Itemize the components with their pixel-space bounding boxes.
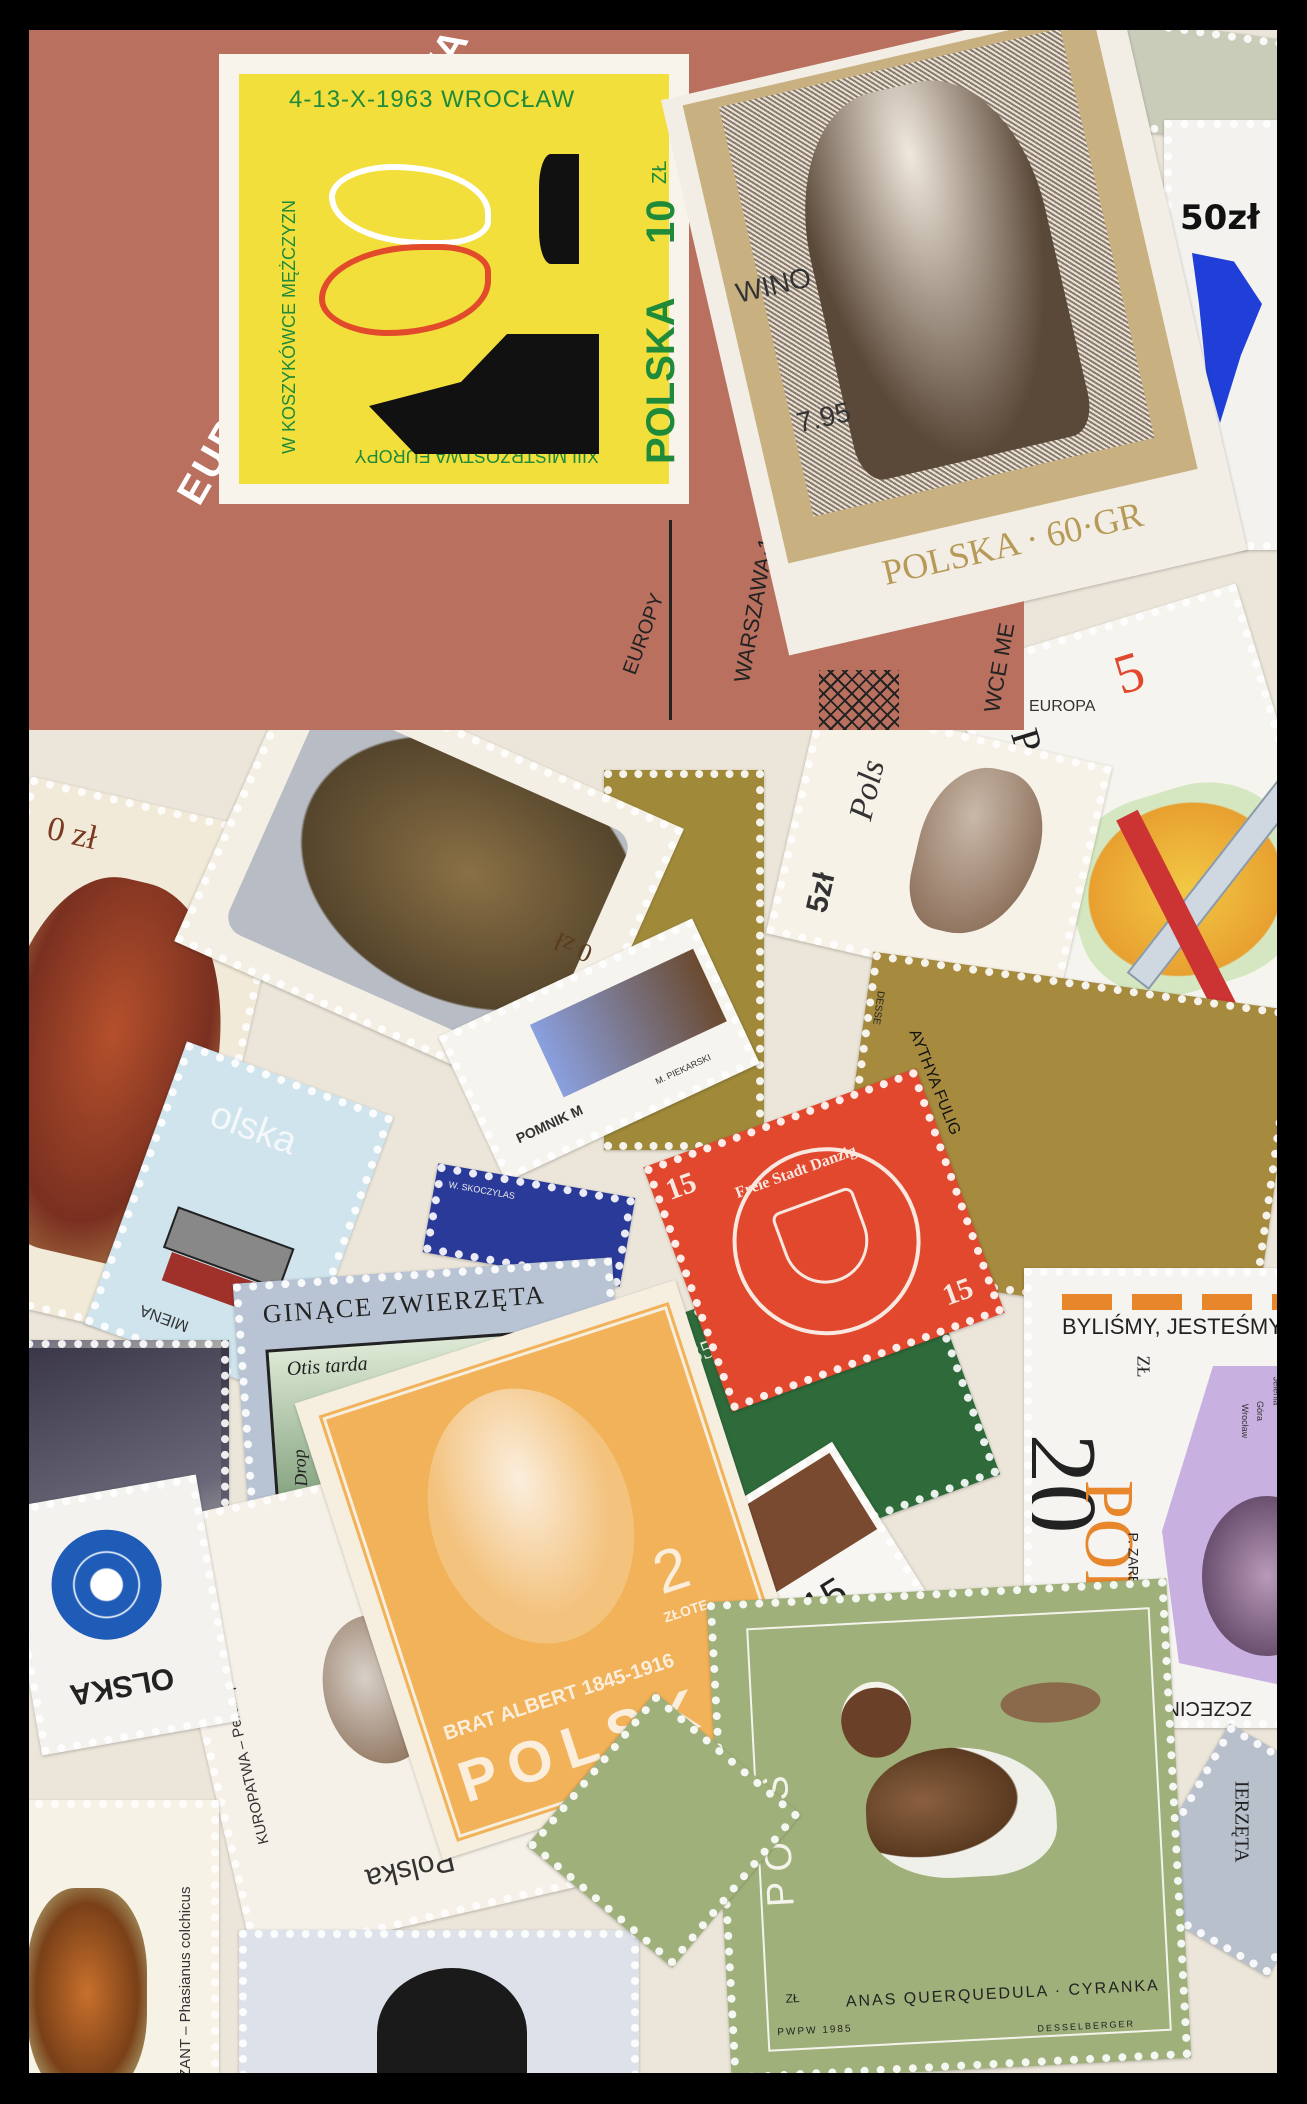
bird-5zl-country: Pols — [842, 756, 893, 823]
basket-net-icon — [819, 670, 899, 730]
otis-header: GINĄCE ZWIERZĘTA — [262, 1280, 547, 1330]
europa-fragment: EUROPA — [1029, 698, 1095, 716]
un-country: OLSKA — [67, 1660, 176, 1712]
zaremba-stripes — [1062, 1294, 1277, 1310]
airplane-stamp-value: 5 — [1107, 639, 1152, 708]
souvenir-sheet: EUROPEJSKA WYSTAWA ZNACZKÓW 4-13-X-1963 … — [29, 30, 1024, 730]
pomnik-designer: M. PIEKARSKI — [654, 1052, 713, 1086]
bazant-stamp: BAŻANT – Phasianus colchicus — [29, 1800, 219, 2073]
zaremba-header: BYLIŚMY, JESTEŚMY — [1062, 1314, 1277, 1340]
postmark-16: 16 — [829, 616, 859, 645]
photo-canvas: 50zł POLSKA 5 W USA Pols 5zł EUROPA AYTH… — [29, 30, 1277, 2073]
otis-common: Drop — [289, 1449, 313, 1488]
yellow-stamp-face: 4-13-X-1963 WROCŁAW W KOSZYKÓWCE MĘŻCZYZ… — [239, 74, 669, 484]
bazant-caption: BAŻANT – Phasianus colchicus — [177, 1887, 194, 2074]
pomnik-text: POMNIK M — [514, 1102, 586, 1147]
zaremba-map-label-3: Wrocław — [1240, 1404, 1250, 1438]
aythya-designer: DESSE — [870, 990, 886, 1025]
pheasant-shape — [29, 1888, 147, 2073]
yellow-side-line: W KOSZYKÓWCE MĘŻCZYZN — [279, 200, 300, 454]
postmark-europy: EUROPY — [619, 591, 670, 678]
king-designer-right: M. KOPECKI — [1141, 489, 1194, 511]
bottom-animal-stamp — [239, 1930, 639, 2073]
blue-stamp-designer: W. SKOCZYLAS — [448, 1180, 516, 1201]
bird-5zl-value: 5zł — [800, 869, 842, 916]
zaremba-currency: ZŁ — [1133, 1356, 1154, 1378]
bird-shape — [900, 755, 1055, 948]
yellow-value: 10 — [639, 200, 684, 245]
animal-silhouette — [377, 1968, 527, 2073]
ship-country: olska — [204, 1094, 302, 1165]
danzig-value-br: 15 — [938, 1271, 978, 1313]
hall-silhouette-icon — [539, 154, 579, 264]
flame-logo-white — [329, 164, 491, 246]
zaremba-map-label-1: Jelenia — [1271, 1377, 1277, 1406]
stamp-50zl-value: 50zł — [1180, 198, 1260, 238]
duck-currency: ZŁ — [785, 1991, 800, 2006]
zwierzeta-text: IERZĘTA — [1229, 1781, 1252, 1863]
zaremba-map-label-2: Góra — [1255, 1401, 1265, 1421]
danzig-value-tl: 15 — [661, 1166, 701, 1208]
ship-bottom: MIENA — [138, 1300, 192, 1334]
yellow-country: POLSKA — [639, 297, 684, 464]
yellow-date-line: 4-13-X-1963 WROCŁAW — [289, 86, 575, 114]
yellow-stamp: 4-13-X-1963 WROCŁAW W KOSZYKÓWCE MĘŻCZYZ… — [219, 54, 689, 504]
fairy-value: 0 zł — [43, 810, 100, 858]
yellow-currency: ZŁ — [649, 161, 672, 184]
un-emblem-icon — [43, 1521, 170, 1648]
flame-logo-red — [319, 244, 491, 336]
cathedral-silhouette-icon — [369, 334, 599, 454]
